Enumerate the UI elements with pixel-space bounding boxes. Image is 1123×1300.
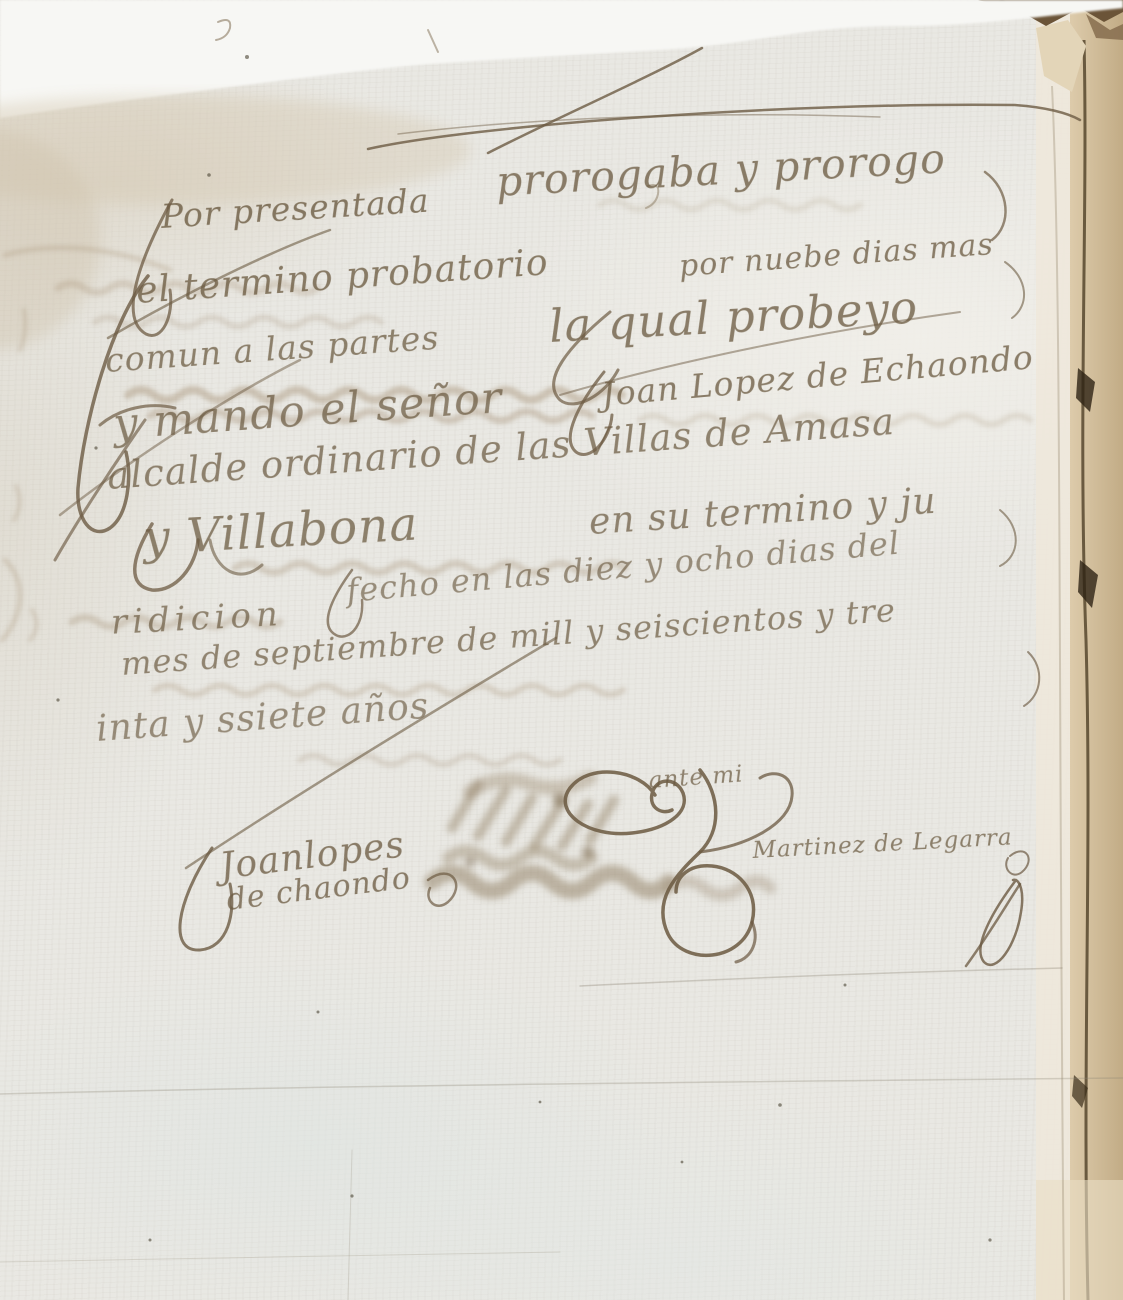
right-paraph <box>966 884 1020 966</box>
rubric-loop <box>700 774 792 852</box>
rubric-loop <box>565 772 684 834</box>
notary-rubric <box>565 770 1028 966</box>
terminal-hook <box>1005 262 1024 318</box>
signature-flourish <box>180 848 232 950</box>
notary-paraph <box>1006 851 1028 874</box>
top-cross-flourish <box>488 48 702 153</box>
rubric-stem <box>663 770 754 955</box>
initial-flourish <box>570 372 612 454</box>
terminal-hook <box>1000 510 1016 566</box>
flourish-overlay <box>0 0 1123 1300</box>
initial-flourish <box>100 406 175 425</box>
pen-flourishes <box>55 48 1080 950</box>
underline-sweep <box>560 312 960 395</box>
initial-flourish <box>554 312 618 404</box>
terminal-hook <box>1024 652 1039 706</box>
initial-flourish <box>328 570 362 637</box>
diagonal-sweep <box>186 638 556 868</box>
terminal-hook <box>985 172 1006 240</box>
initial-flourish <box>135 524 198 590</box>
initial-flourish <box>210 540 262 574</box>
initial-flourish <box>55 420 145 560</box>
signature-flourish <box>428 874 456 906</box>
manuscript-photo: Por presentada prorogaba y prorogo el te… <box>0 0 1123 1300</box>
initial-flourish <box>133 200 172 335</box>
